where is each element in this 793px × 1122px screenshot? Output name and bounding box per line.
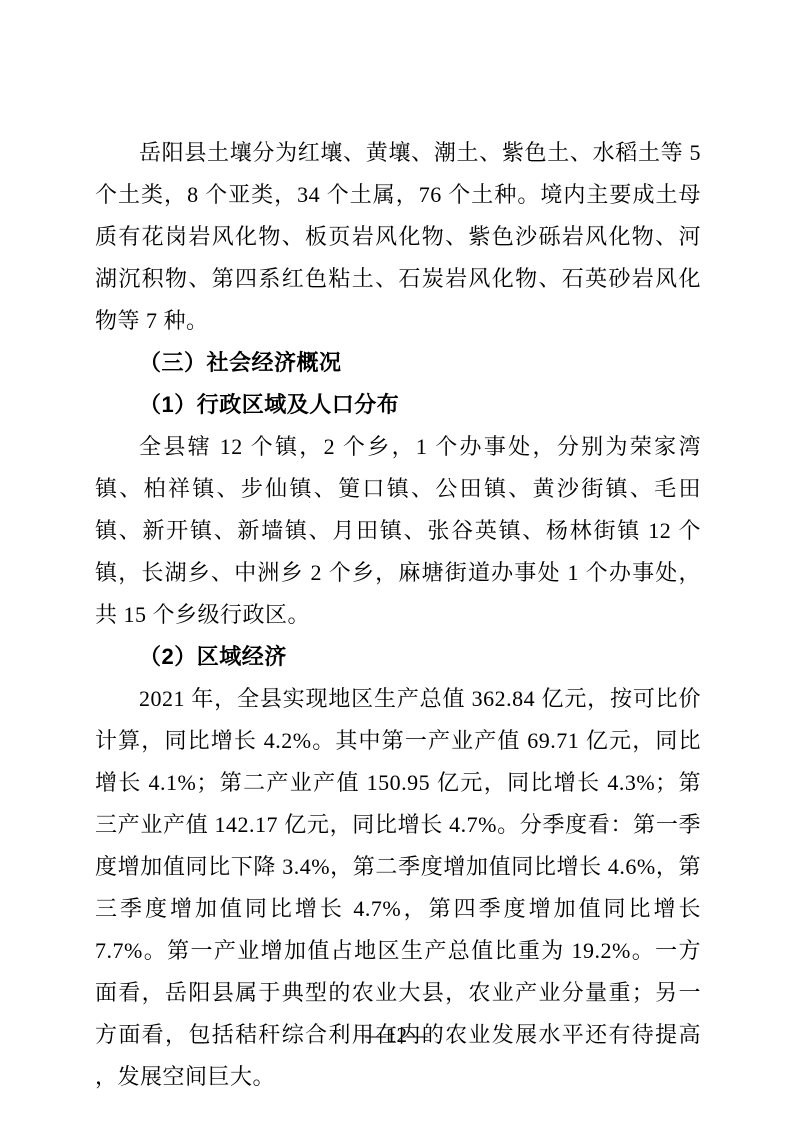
section-heading-administrative-divisions: （1）行政区域及人口分布	[95, 384, 701, 426]
section-heading-social-economic-overview: （三）社会经济概况	[95, 342, 701, 384]
section-heading-regional-economy: （2）区域经济	[95, 636, 701, 678]
paragraph-administrative-divisions: 全县辖 12 个镇，2 个乡，1 个办事处，分别为荣家湾镇、柏祥镇、步仙镇、筻口…	[95, 426, 701, 636]
document-page: 岳阳县土壤分为红壤、黄壤、潮土、紫色土、水稻土等 5 个土类，8 个亚类，34 …	[0, 0, 793, 1122]
paragraph-soil-types: 岳阳县土壤分为红壤、黄壤、潮土、紫色土、水稻土等 5 个土类，8 个亚类，34 …	[95, 132, 701, 342]
document-body: 岳阳县土壤分为红壤、黄壤、潮土、紫色土、水稻土等 5 个土类，8 个亚类，34 …	[95, 132, 701, 1098]
page-number: —12—	[0, 1022, 793, 1048]
